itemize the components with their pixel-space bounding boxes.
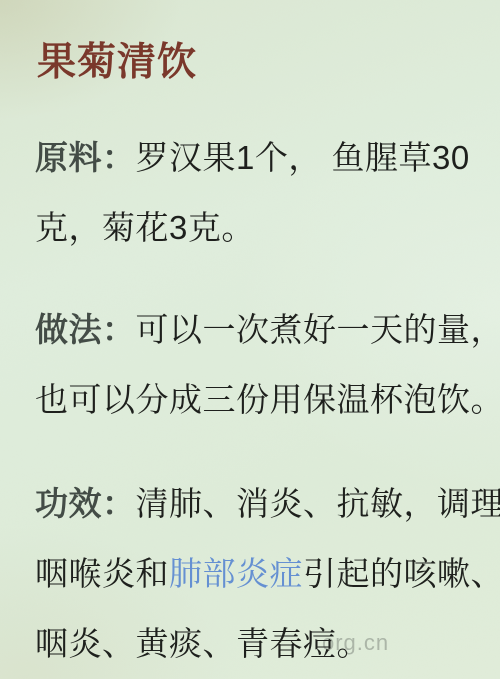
ingredients-line-1: 原料：罗汉果1个， 鱼腥草30 <box>35 123 500 193</box>
effects-line-3: 咽炎、黄痰、青春痘。 <box>35 609 500 679</box>
recipe-content: 果菊清饮 原料：罗汉果1个， 鱼腥草30 克，菊花3克。 做法：可以一次煮好一天… <box>0 0 500 679</box>
ingredients-text-1: 罗汉果1个， 鱼腥草30 <box>136 139 470 176</box>
recipe-card: org.cn 果菊清饮 原料：罗汉果1个， 鱼腥草30 克，菊花3克。 做法：可… <box>0 0 500 679</box>
effects-text-2b: 引起的咳嗽、 <box>303 555 500 592</box>
method-text-1: 可以一次煮好一天的量， <box>136 311 500 348</box>
method-section: 做法：可以一次煮好一天的量， 也可以分成三份用保温杯泡饮。 <box>35 295 500 435</box>
effects-text-1: 清肺、消炎、抗敏，调理 <box>136 485 500 522</box>
effects-line-2: 咽喉炎和肺部炎症引起的咳嗽、 <box>35 539 500 609</box>
effects-text-2a: 咽喉炎和 <box>35 555 169 592</box>
lung-inflammation-link[interactable]: 肺部炎症 <box>169 555 303 592</box>
ingredients-label: 原料： <box>35 139 136 176</box>
ingredients-line-2: 克，菊花3克。 <box>35 193 500 263</box>
effects-label: 功效： <box>35 485 136 522</box>
effects-section: 功效：清肺、消炎、抗敏，调理 咽喉炎和肺部炎症引起的咳嗽、 咽炎、黄痰、青春痘。 <box>35 469 500 679</box>
method-line-1: 做法：可以一次煮好一天的量， <box>35 295 500 365</box>
method-label: 做法： <box>35 311 136 348</box>
method-line-2: 也可以分成三份用保温杯泡饮。 <box>35 365 500 435</box>
recipe-title: 果菊清饮 <box>37 41 500 85</box>
effects-line-1: 功效：清肺、消炎、抗敏，调理 <box>35 469 500 539</box>
ingredients-section: 原料：罗汉果1个， 鱼腥草30 克，菊花3克。 <box>35 123 500 263</box>
